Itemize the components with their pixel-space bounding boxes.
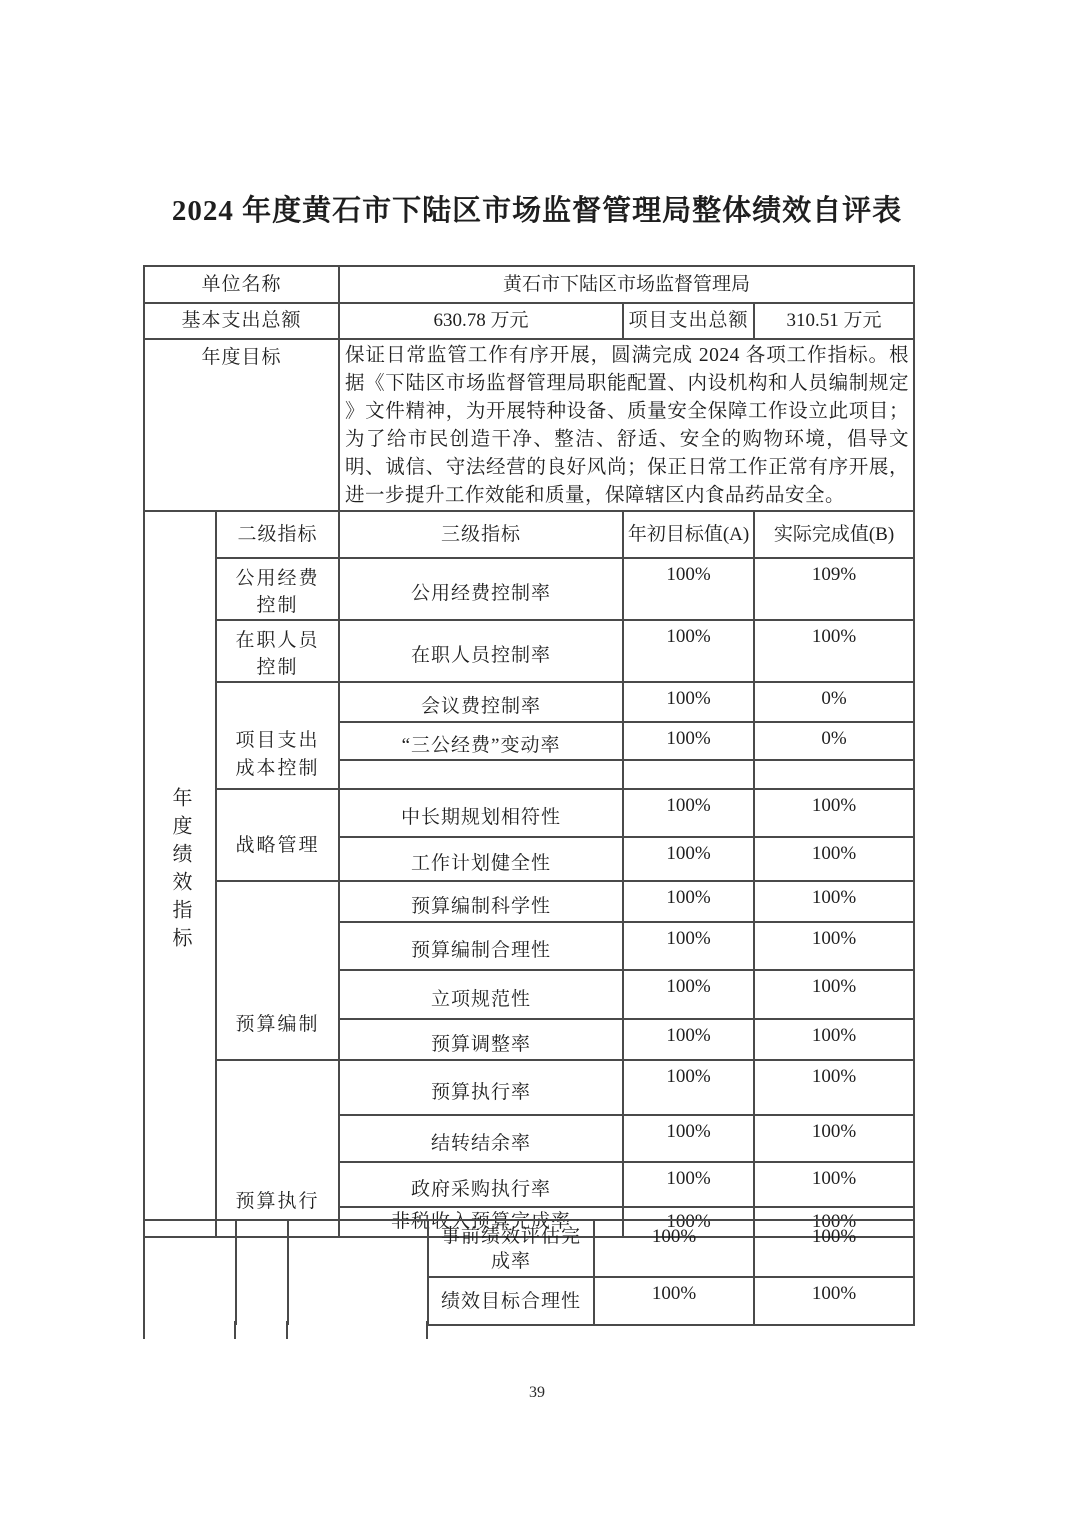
target-value-cell: 100% <box>623 837 754 881</box>
annual-goal-text-cell: 保证日常监管工作有序开展，圆满完成 2024 各项工作指标。根据《下陆区市场监督… <box>339 339 914 511</box>
self-evaluation-table-continuation: 事前绩效评估完成率 100% 100% 绩效目标合理性 100% 100% <box>143 1219 915 1326</box>
actual-value-cell: 100% <box>754 970 914 1019</box>
self-evaluation-table: 单位名称 黄石市下陆区市场监督管理局 基本支出总额 630.78 万元 项目支出… <box>143 265 915 1238</box>
document-page: 2024 年度黄石市下陆区市场监督管理局整体绩效自评表 单位名称 黄石市下陆区市… <box>0 0 1074 1520</box>
target-value-cell: 100% <box>623 682 754 722</box>
header-actual-cell: 实际完成值(B) <box>754 511 914 558</box>
target-value-cell: 100% <box>623 922 754 970</box>
indicator-name-cell: 会议费控制率 <box>339 682 623 722</box>
page-title: 2024 年度黄石市下陆区市场监督管理局整体绩效自评表 <box>0 188 1074 229</box>
continuation-empty-cell <box>236 1220 288 1325</box>
group-budget-preparation: 预算编制 <box>216 881 339 1060</box>
indicator-name-cell: 中长期规划相符性 <box>339 789 623 837</box>
indicator-row: 公用经费 控制 公用经费控制率 100% 109% <box>144 558 914 620</box>
annual-goal-label-cell: 年度目标 <box>144 339 339 511</box>
actual-value-cell: 0% <box>754 682 914 722</box>
table-continuation-line <box>234 1321 236 1339</box>
indicator-name-cell: 预算调整率 <box>339 1019 623 1060</box>
page-number: 39 <box>0 1384 1074 1402</box>
indicator-name-cell: 结转结余率 <box>339 1115 623 1162</box>
indicator-name-cell: 预算执行率 <box>339 1060 623 1115</box>
indicator-header-row: 年度绩效指标 二级指标 三级指标 年初目标值(A) 实际完成值(B) <box>144 511 914 558</box>
actual-value-cell: 100% <box>754 789 914 837</box>
actual-value-cell: 100% <box>754 1277 914 1325</box>
target-value-cell: 100% <box>594 1277 754 1325</box>
basic-expense-value-cell: 630.78 万元 <box>339 303 623 339</box>
indicator-name-cell: 绩效目标合理性 <box>428 1277 594 1325</box>
target-value-cell: 100% <box>623 881 754 922</box>
actual-value-cell: 100% <box>754 1060 914 1115</box>
indicator-row: 事前绩效评估完成率 100% 100% <box>144 1220 914 1277</box>
continuation-empty-cell <box>144 1220 236 1325</box>
actual-value-cell: 100% <box>754 922 914 970</box>
table-row: 年度目标 保证日常监管工作有序开展，圆满完成 2024 各项工作指标。根据《下陆… <box>144 339 914 511</box>
indicator-name-cell: 政府采购执行率 <box>339 1162 623 1207</box>
indicator-name-cell: 预算编制科学性 <box>339 881 623 922</box>
target-value-cell: 100% <box>623 1115 754 1162</box>
target-value-cell: 100% <box>623 1060 754 1115</box>
indicator-row: 预算编制 预算编制科学性 100% 100% <box>144 881 914 922</box>
header-target-cell: 年初目标值(A) <box>623 511 754 558</box>
actual-value-cell: 100% <box>754 881 914 922</box>
actual-value-cell <box>754 760 914 789</box>
indicator-name-cell: 事前绩效评估完成率 <box>428 1220 594 1277</box>
target-value-cell <box>623 760 754 789</box>
target-value-cell: 100% <box>623 1162 754 1207</box>
indicator-row: 战略管理 中长期规划相符性 100% 100% <box>144 789 914 837</box>
target-value-cell: 100% <box>623 789 754 837</box>
group-budget-execution: 预算执行 <box>216 1060 339 1237</box>
target-value-cell: 100% <box>623 722 754 760</box>
actual-value-cell: 100% <box>754 1019 914 1060</box>
target-value-cell: 100% <box>623 558 754 620</box>
indicator-name-cell: 工作计划健全性 <box>339 837 623 881</box>
indicator-name-cell: 预算编制合理性 <box>339 922 623 970</box>
target-value-cell: 100% <box>623 620 754 682</box>
indicator-row: 预算执行 预算执行率 100% 100% <box>144 1060 914 1115</box>
indicator-name-cell: “三公经费”变动率 <box>339 722 623 760</box>
unit-name-cell: 黄石市下陆区市场监督管理局 <box>339 266 914 303</box>
project-expense-label-cell: 项目支出总额 <box>623 303 754 339</box>
actual-value-cell: 109% <box>754 558 914 620</box>
header-level2-cell: 二级指标 <box>216 511 339 558</box>
table-continuation-line <box>143 1321 145 1339</box>
project-expense-value-cell: 310.51 万元 <box>754 303 914 339</box>
indicator-name-cell: 立项规范性 <box>339 970 623 1019</box>
group-staff-control: 在职人员 控制 <box>216 620 339 682</box>
table-row: 基本支出总额 630.78 万元 项目支出总额 310.51 万元 <box>144 303 914 339</box>
actual-value-cell: 100% <box>754 1220 914 1277</box>
actual-value-cell: 0% <box>754 722 914 760</box>
table-continuation-line <box>286 1321 288 1339</box>
group-strategy-management: 战略管理 <box>216 789 339 881</box>
actual-value-cell: 100% <box>754 837 914 881</box>
group-public-expense-control: 公用经费 控制 <box>216 558 339 620</box>
indicator-name-cell <box>339 760 623 789</box>
actual-value-cell: 100% <box>754 1115 914 1162</box>
indicator-row: 在职人员 控制 在职人员控制率 100% 100% <box>144 620 914 682</box>
actual-value-cell: 100% <box>754 620 914 682</box>
annual-indicator-section-cell: 年度绩效指标 <box>144 511 216 1237</box>
basic-expense-label-cell: 基本支出总额 <box>144 303 339 339</box>
table-row: 单位名称 黄石市下陆区市场监督管理局 <box>144 266 914 303</box>
indicator-row: 项目支出 成本控制 会议费控制率 100% 0% <box>144 682 914 722</box>
target-value-cell: 100% <box>623 1019 754 1060</box>
table-continuation-line <box>426 1321 428 1339</box>
actual-value-cell: 100% <box>754 1162 914 1207</box>
target-value-cell: 100% <box>623 970 754 1019</box>
continuation-empty-cell <box>288 1220 428 1325</box>
indicator-name-cell: 在职人员控制率 <box>339 620 623 682</box>
header-level3-cell: 三级指标 <box>339 511 623 558</box>
target-value-cell: 100% <box>594 1220 754 1277</box>
indicator-name-cell: 公用经费控制率 <box>339 558 623 620</box>
group-project-cost-control: 项目支出 成本控制 <box>216 682 339 789</box>
unit-label-cell: 单位名称 <box>144 266 339 303</box>
annual-indicator-section-label: 年度绩效指标 <box>169 787 191 955</box>
